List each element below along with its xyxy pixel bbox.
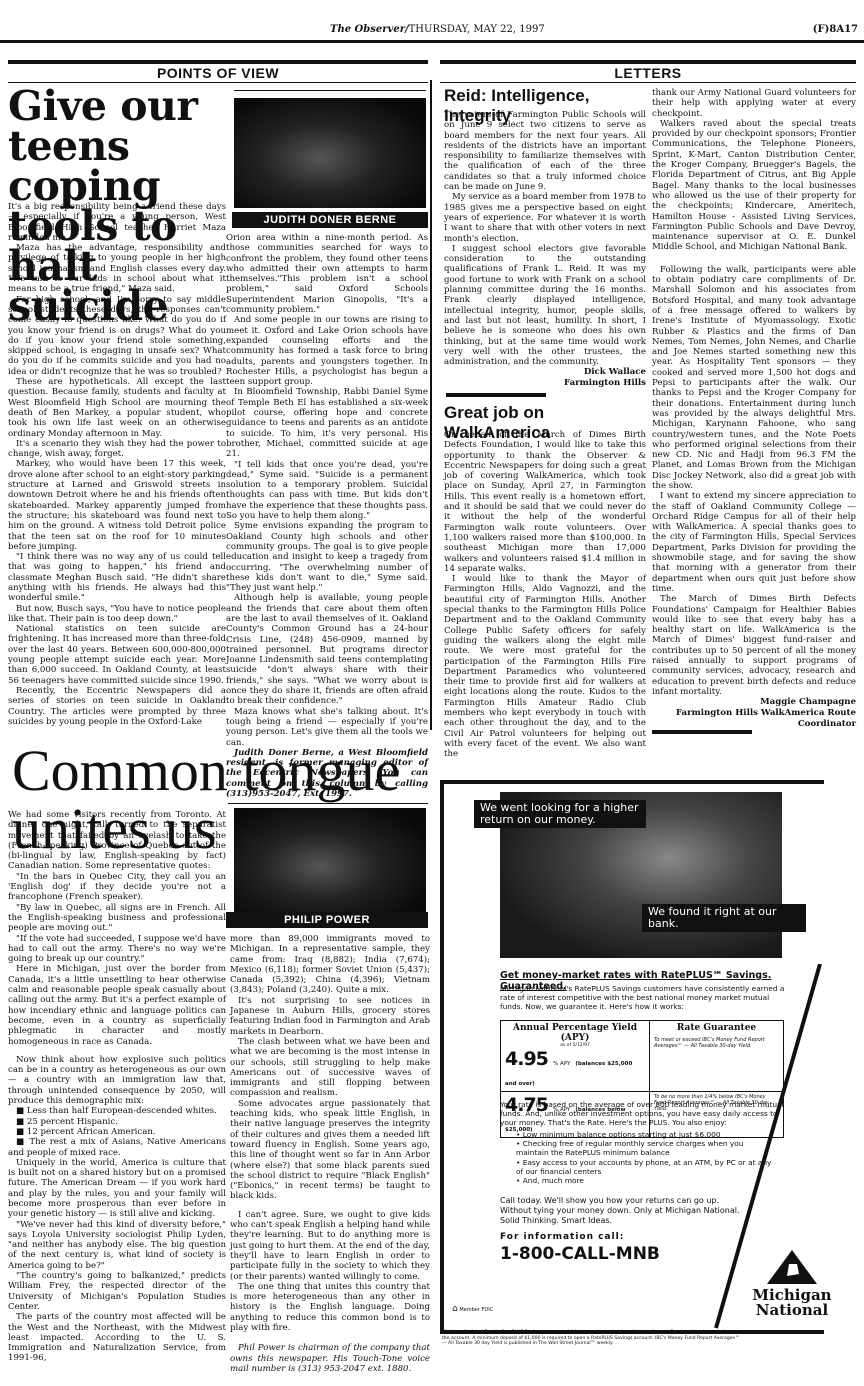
- paragraph: The one thing that unites this country t…: [230, 1282, 430, 1333]
- paragraph: These are hypotheticals. All except the …: [8, 377, 226, 439]
- paragraph: Here in Michigan, just over the border f…: [8, 964, 226, 1046]
- paragraph: "We've never had this kind of diversity …: [8, 1220, 226, 1271]
- letter2-signature: Maggie Champagne Farmington Hills WalkAm…: [652, 697, 856, 730]
- paragraph: It's a big responsibility being a friend…: [8, 202, 226, 243]
- bullet-item: ■ 12 percent African American.: [8, 1127, 226, 1137]
- paragraph: For high school, and I'm sorry to say mi…: [8, 295, 226, 377]
- paragraph: thank our Army National Guard volunteers…: [652, 88, 856, 119]
- apy-cell: Annual Percentage Yield (APY) as of 5/12…: [501, 1021, 650, 1092]
- paragraph: The voters of Farmington Public Schools …: [444, 110, 646, 192]
- photo-caption-power: PHILIP POWER: [226, 912, 428, 928]
- ad-fineprint: Michigan National Bank's RatePLUS Saving…: [442, 1330, 742, 1347]
- author-photo-berne: [234, 98, 426, 208]
- letter-divider: [652, 730, 752, 734]
- paragraph: The clash between what we have been and …: [230, 1037, 430, 1099]
- triangle-logo-icon: [767, 1250, 817, 1284]
- paragraph: The parts of the country most affected w…: [8, 1312, 226, 1363]
- fdic-badge: ⌂ Member FDIC: [452, 1304, 493, 1314]
- photo-caption-berne: JUDITH DONER BERNE: [232, 212, 428, 228]
- paragraph: Although help is available, young people…: [226, 593, 428, 706]
- author-tagline: Phil Power is chairman of the company th…: [230, 1343, 430, 1374]
- letter1-signature: Dick Wallace Farmington Hills: [444, 367, 646, 389]
- paragraph: I can't agree. Sure, we ought to give ki…: [230, 1210, 430, 1282]
- bullet-text: 12 percent African American.: [27, 1127, 156, 1137]
- house-icon: ⌂: [452, 1304, 458, 1314]
- article1-column2: Orion area within a nine-month period. A…: [226, 233, 428, 799]
- bullet-text: The rest a mix of Asians, Native America…: [8, 1137, 226, 1157]
- paragraph: Some advocates argue passionately that t…: [230, 1099, 430, 1202]
- ad-banner-top: We went looking for a higher return on o…: [474, 800, 646, 828]
- ad-closing: Call today. We'll show you how your retu…: [500, 1196, 750, 1226]
- masthead: The Observer/THURSDAY, MAY 22, 1997 (F)8…: [0, 20, 864, 43]
- paragraph: I suggest school electors give favorable…: [444, 244, 646, 368]
- bullet-text: Low minimum balance options starting at …: [523, 1130, 721, 1139]
- paragraph: Uniquely in the world, America is cultur…: [8, 1158, 226, 1220]
- paragraph: Walkers raved about the special treats p…: [652, 119, 856, 253]
- issue-date: THURSDAY, MAY 22, 1997: [409, 24, 545, 35]
- paragraph: And some people in our towns are rising …: [226, 315, 428, 387]
- bullet-item: ■ 25 percent Hispanic.: [8, 1117, 226, 1127]
- paragraph: "The country's going to balkanized," pre…: [8, 1271, 226, 1312]
- signature-title: Farmington Hills WalkAmerica Route Coord…: [652, 708, 856, 730]
- apy-header: Annual Percentage Yield (APY): [505, 1023, 645, 1043]
- logo-text-line2: National: [752, 1303, 832, 1318]
- paragraph: "I think there was no way any of us coul…: [8, 552, 226, 603]
- paragraph: National statistics on teen suicide are …: [8, 624, 226, 686]
- paragraph: My service as a board member from 1978 t…: [444, 192, 646, 243]
- letter-divider: [446, 393, 546, 397]
- ad-phone-number[interactable]: 1-800-CALL-MNB: [500, 1244, 660, 1264]
- paragraph: "If the vote had succeeded, I suppose we…: [8, 934, 226, 965]
- michigan-national-logo: Michigan National: [752, 1250, 832, 1318]
- ad-cta-label: For information call:: [500, 1232, 624, 1242]
- bullet-item: ■ Less than half European-descended whit…: [8, 1106, 226, 1116]
- ad-banner-bottom: We found it right at our bank.: [642, 904, 806, 932]
- paper-name: The Observer/: [330, 24, 409, 35]
- bullet-text: Less than half European-descended whites…: [27, 1106, 217, 1116]
- rate-unit: % APY: [553, 1061, 570, 1067]
- signature-name: Maggie Champagne: [652, 697, 856, 708]
- author-photo-power: [234, 808, 426, 914]
- paragraph: Now think about how explosive such polit…: [8, 1055, 226, 1106]
- paragraph: I want to extend my sincere appreciation…: [652, 491, 856, 594]
- paragraph: On behalf of the March of Dimes Birth De…: [444, 430, 646, 574]
- paragraph: Markey, who would have been 17 this week…: [8, 459, 226, 552]
- paragraph: Orion area within a nine-month period. A…: [226, 233, 428, 315]
- paragraph: The March of Dimes Birth Defects Foundat…: [652, 594, 856, 697]
- letter2-column2: thank our Army National Guard volunteers…: [652, 88, 856, 730]
- bullet-text: Checking free of regular monthly service…: [516, 1139, 744, 1157]
- article2-column2: more than 89,000 immigrants moved to Mic…: [230, 934, 430, 1374]
- paragraph: It's a scenario they wish they had the p…: [8, 439, 226, 460]
- paragraph: "By law in Quebec, all signs are in Fren…: [8, 903, 226, 934]
- paragraph: It's not surprising to see notices in Ja…: [230, 996, 430, 1037]
- fdic-label: Member FDIC: [459, 1307, 493, 1313]
- paragraph: Recently, the Eccentric Newspapers did a…: [8, 686, 226, 727]
- column-divider: [430, 80, 432, 730]
- letter1-body: The voters of Farmington Public Schools …: [444, 110, 646, 389]
- section-letters: LETTERS: [440, 60, 856, 83]
- photo-rule: [228, 803, 428, 804]
- paragraph: I would like to thank the Mayor of Farmi…: [444, 574, 646, 759]
- masthead-title: The Observer/THURSDAY, MAY 22, 1997: [330, 24, 545, 35]
- paragraph: more than 89,000 immigrants moved to Mic…: [230, 934, 430, 996]
- paragraph: Maza has the advantage, responsibility a…: [8, 243, 226, 294]
- bullet-item: ■ The rest a mix of Asians, Native Ameri…: [8, 1137, 226, 1158]
- bullet-text: And, much more: [523, 1176, 584, 1185]
- paragraph: "I tell kids that once you're dead, you'…: [226, 460, 428, 522]
- paragraph: Syme envisions expanding the program to …: [226, 521, 428, 593]
- section-points-of-view: POINTS OF VIEW: [8, 60, 428, 83]
- photo-rule: [234, 90, 426, 91]
- paragraph: Following the walk, participants were ab…: [652, 265, 856, 492]
- signature-place: Farmington Hills: [444, 378, 646, 389]
- letter2-column1: On behalf of the March of Dimes Birth De…: [444, 430, 646, 760]
- paragraph: But now, Busch says, "You have to notice…: [8, 604, 226, 625]
- rate-value: 4.95: [505, 1048, 548, 1070]
- paragraph: In Bloomfield Township, Rabbi Daniel Sym…: [226, 387, 428, 459]
- article2-column1: We had some visitors recently from Toron…: [8, 810, 226, 1364]
- bullet-text: 25 percent Hispanic.: [27, 1117, 118, 1127]
- signature-name: Dick Wallace: [444, 367, 646, 378]
- paragraph: We had some visitors recently from Toron…: [8, 810, 226, 872]
- page-number: (F)8A17: [813, 24, 858, 35]
- paragraph: "In the bars in Quebec City, they call y…: [8, 872, 226, 903]
- article1-column1: It's a big responsibility being a friend…: [8, 202, 226, 727]
